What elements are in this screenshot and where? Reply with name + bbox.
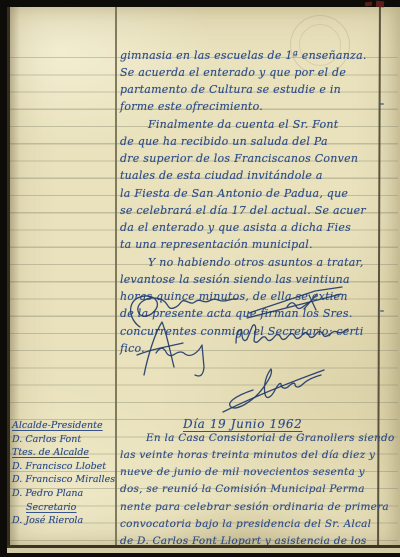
- manuscript-line: ta una representación municipal.: [120, 236, 379, 253]
- manuscript-line: convocatoria bajo la presidencia del Sr.…: [120, 516, 382, 533]
- manuscript-line: da el enterado y que asista a dicha Fies: [120, 219, 379, 236]
- manuscript-line: Se acuerda el enterado y que por el de: [120, 64, 379, 81]
- manuscript-line: gimnasia en las escuelas de 1ª enseñanza…: [120, 47, 379, 64]
- margin-note: D. José Rierola: [12, 514, 115, 528]
- frame-top: [0, 0, 400, 7]
- manuscript-line: partamento de Cultura se estudie e in: [120, 81, 379, 98]
- manuscript-line: nente para celebrar sesión ordinaria de …: [120, 499, 382, 516]
- signature-2-angular-icon: [245, 285, 347, 323]
- manuscript-line: dre superior de los Franciscanos Conven: [120, 150, 379, 167]
- margin-note: D. Carlos Font: [12, 433, 115, 447]
- manuscript-line: Finalmente da cuenta el Sr. Font: [120, 116, 379, 133]
- manuscript-line: Y no habiendo otros asuntos a tratar,: [120, 254, 379, 271]
- signature-4-tall-icon: [128, 317, 220, 381]
- ink-spill: [380, 103, 384, 105]
- margin-note: Alcalde-Presidente: [12, 419, 115, 433]
- manuscript-line: se celebrará el día 17 del actual. Se ac…: [120, 202, 379, 219]
- margin-attendee-list: Alcalde-Presidente D. Carlos Font Ttes. …: [12, 419, 115, 528]
- margin-note: Ttes. de Alcalde: [12, 446, 115, 460]
- margin-note: D. Francisco Miralles: [12, 473, 115, 487]
- margin-note: D. Pedro Plana: [12, 487, 115, 501]
- signature-3-wave-icon: [232, 319, 350, 351]
- manuscript-line: tuales de esta ciudad invitándole a: [120, 167, 379, 184]
- manuscript-line: la Fiesta de San Antonio de Padua, que: [120, 185, 379, 202]
- margin-note: D. Francisco Llobet: [12, 460, 115, 474]
- manuscript-line: En la Casa Consistorial de Granollers si…: [120, 430, 382, 447]
- manuscript-line: de que ha recibido un saluda del Pa: [120, 133, 379, 150]
- margin-note: Secretario: [12, 501, 115, 515]
- manuscript-line: dos, se reunió la Comisión Municipal Per…: [120, 481, 382, 498]
- frame-bottom: [0, 553, 400, 557]
- manuscript-line: las veinte horas treinta minutos del día…: [120, 447, 382, 464]
- signature-5-flourish-icon: [219, 362, 327, 414]
- red-mark: [376, 1, 385, 8]
- manuscript-lower-block: En la Casa Consistorial de Granollers si…: [120, 430, 382, 551]
- frame-left: [0, 0, 7, 557]
- manuscript-line: nueve de junio de mil novecientos sesent…: [120, 464, 382, 481]
- left-margin-line: [115, 7, 117, 546]
- scanned-minutes-page: gimnasia en las escuelas de 1ª enseñanza…: [0, 0, 400, 557]
- ink-spill: [380, 310, 384, 312]
- manuscript-line: forme este ofrecimiento.: [120, 98, 379, 115]
